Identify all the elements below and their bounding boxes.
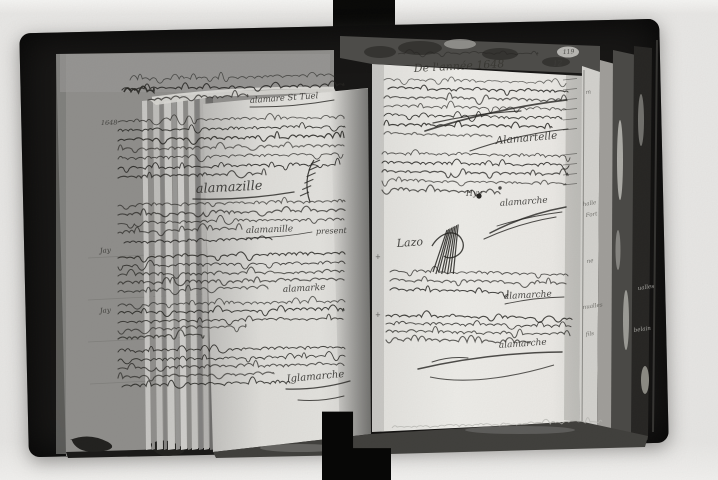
archive-photo: De l'année 1648 12 119 1648 alamare St T… xyxy=(0,0,718,480)
grain-overlay xyxy=(20,16,668,464)
manuscript-spread: De l'année 1648 12 119 1648 alamare St T… xyxy=(0,0,718,480)
photo-grain xyxy=(20,16,668,464)
